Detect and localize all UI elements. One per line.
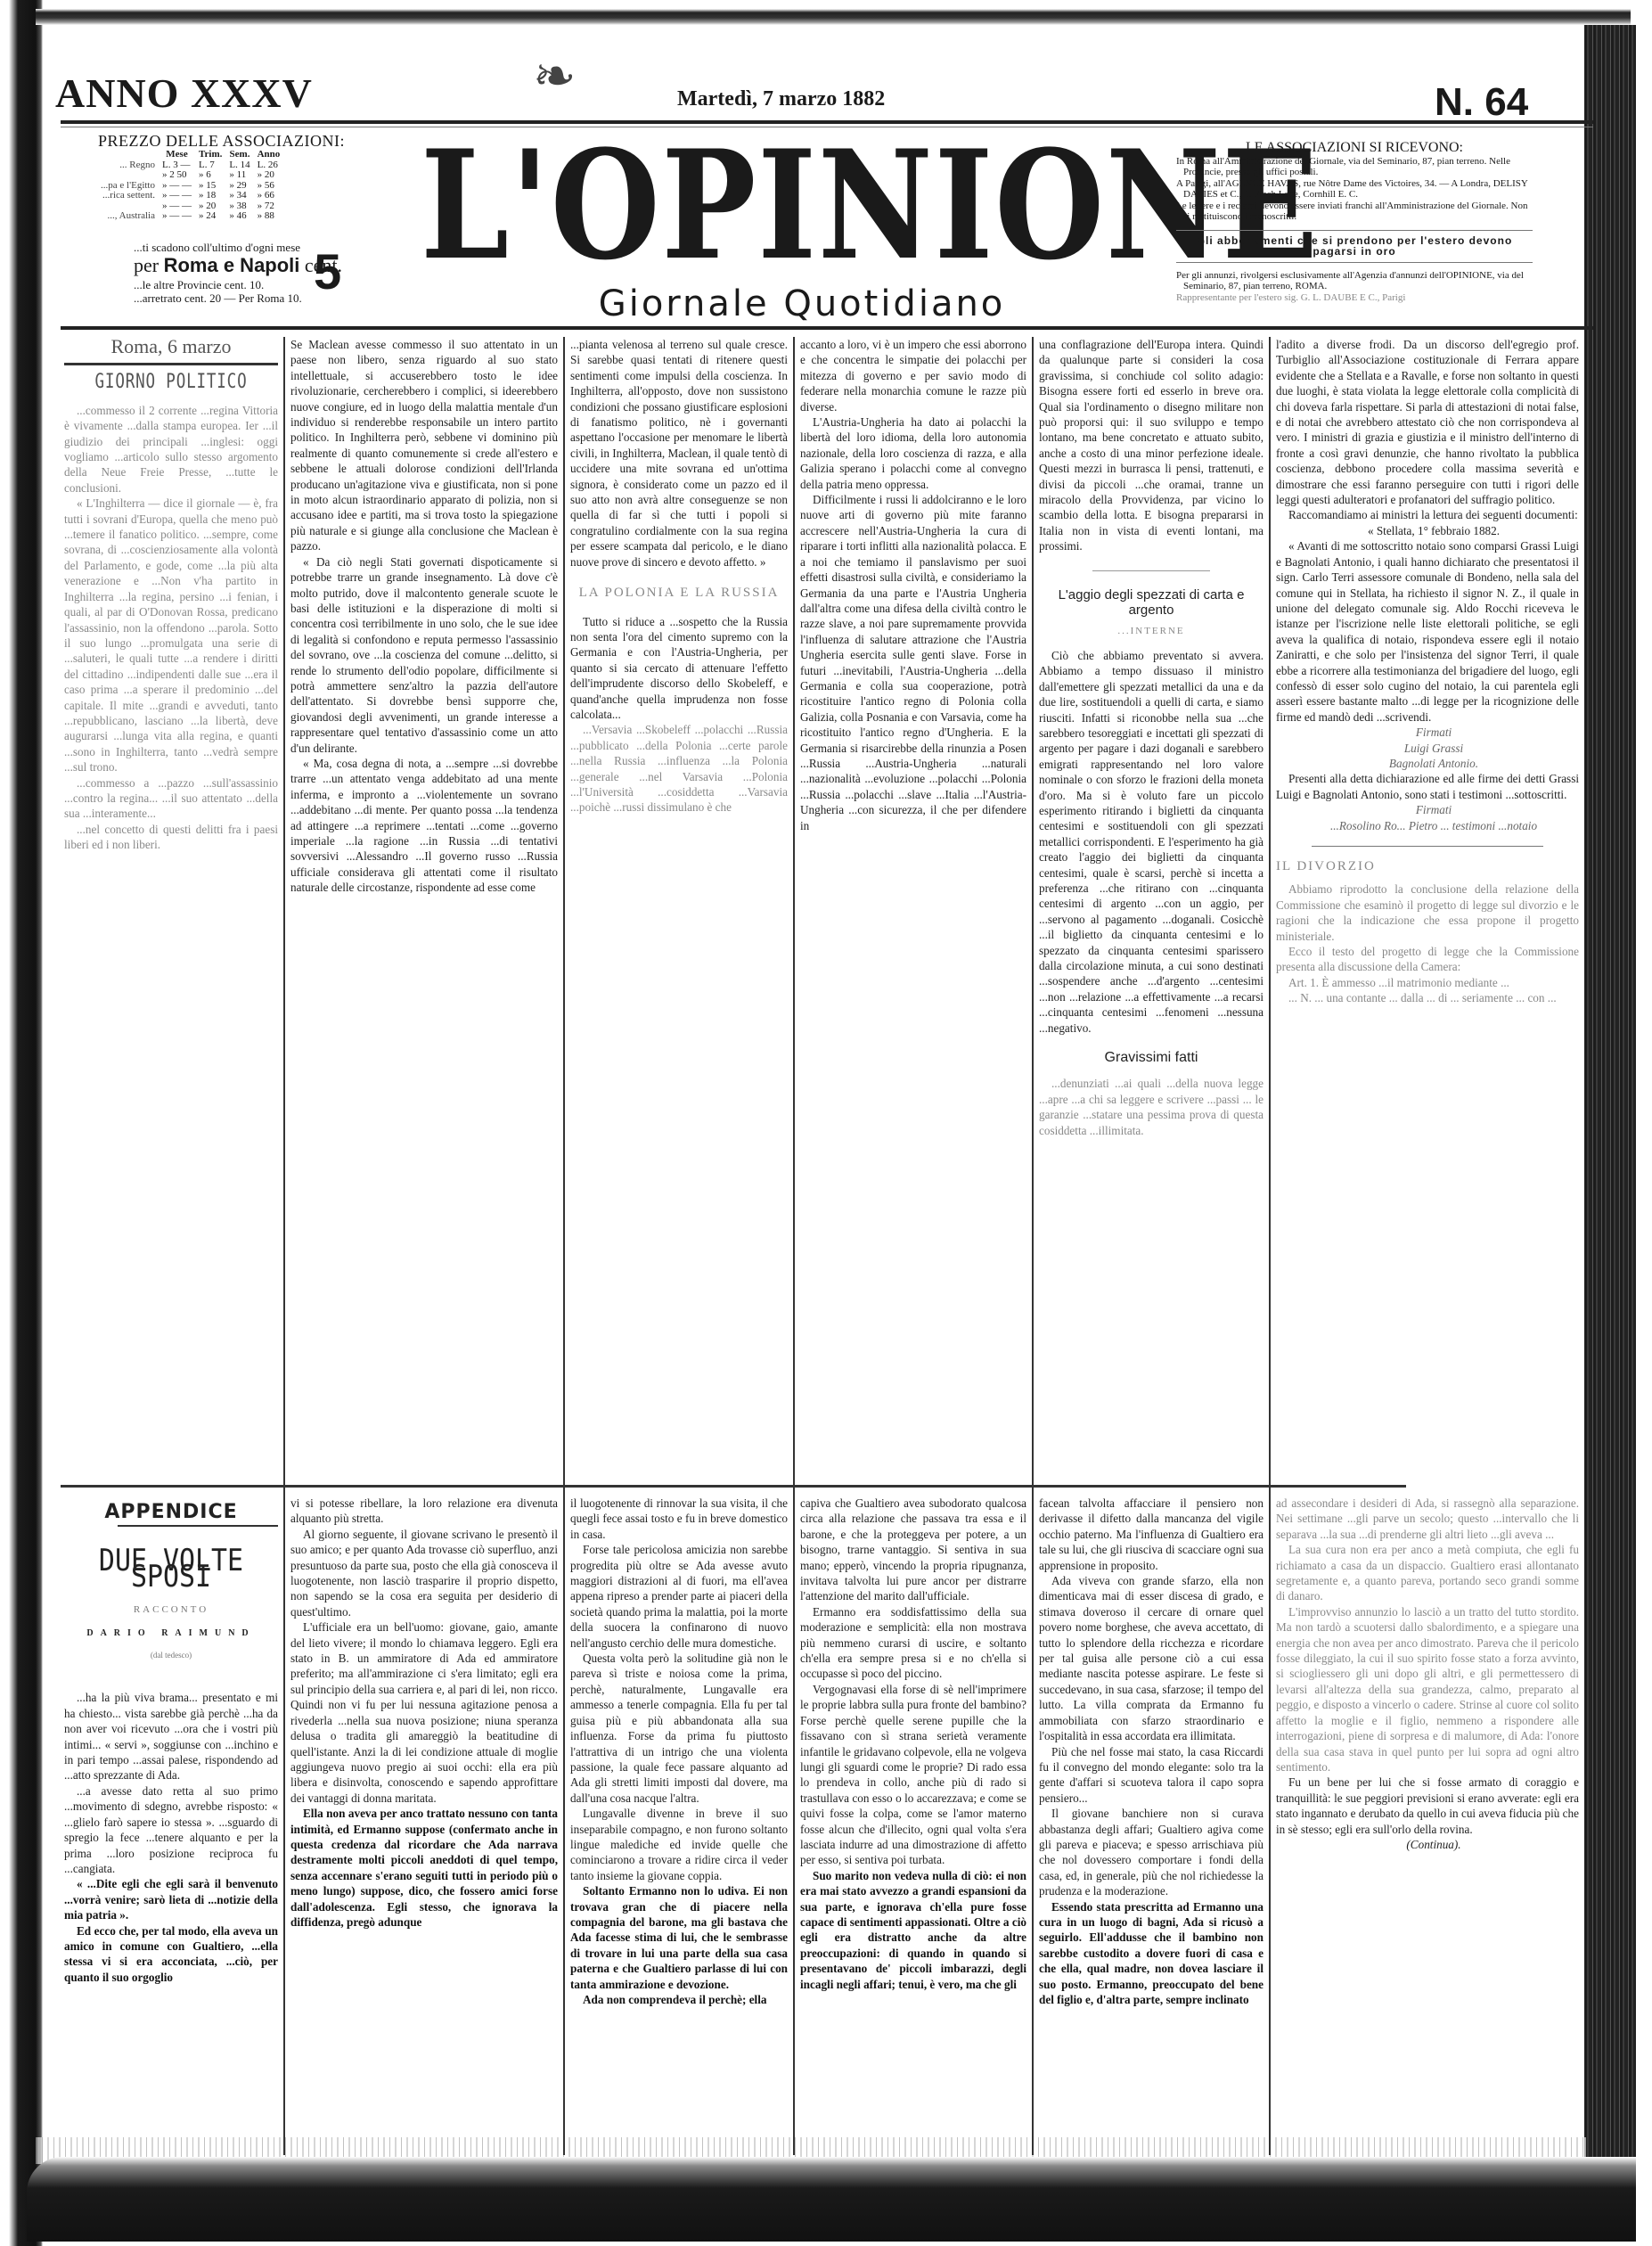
masthead-bottom-rule: [61, 326, 1593, 330]
article-paragraph: Art. 1. È ammesso ...il matrimonio media…: [1276, 975, 1579, 990]
signature: Bagnolati Antonio.: [1276, 756, 1579, 771]
article-column-4: accanto a loro, vi è un impero che essi …: [800, 337, 1026, 1482]
story-paragraph: Lungavalle divenne in breve il suo insep…: [570, 1806, 788, 1883]
price-cell: » — —: [159, 191, 195, 201]
price-cell: » 18: [195, 191, 225, 201]
story-paragraph: facean talvolta affacciare il pensiero n…: [1039, 1496, 1264, 1573]
story-paragraph: capiva che Gualtiero avea subodorato qua…: [800, 1496, 1026, 1604]
story-paragraph: Al giorno seguente, il giovane scrivano …: [290, 1527, 558, 1619]
article-paragraph: Se Maclean avesse commesso il suo attent…: [290, 337, 558, 554]
continuation-note: (Continua).: [1276, 1837, 1579, 1852]
price-cell: » 88: [254, 211, 284, 222]
section-heading-divorzio: IL DIVORZIO: [1276, 859, 1579, 874]
price-heading: PREZZO DELLE ASSOCIAZIONI:: [98, 132, 365, 151]
signature: ...Rosolino Ro... Pietro ... testimoni .…: [1276, 818, 1579, 833]
price-cell: » — —: [159, 211, 195, 222]
subscriptions-info-line: Le lettere e i reclami devono essere inv…: [1176, 201, 1533, 223]
price-cell: » 2 50: [159, 170, 195, 181]
story-paragraph: ad assecondare i desideri di Ada, si ras…: [1276, 1496, 1579, 1542]
article-paragraph: ...denunziati ...ai quali ...della nuova…: [1039, 1076, 1264, 1138]
scan-border-right: [1584, 25, 1636, 2191]
story-paragraph: Ella non aveva per anco trattato nessuno…: [290, 1806, 558, 1930]
price-col-header: Anno: [254, 150, 284, 160]
appendice-column-2: vi si potesse ribellare, la loro relazio…: [290, 1496, 558, 2155]
scan-border-left: [0, 0, 43, 2246]
price-cell: » 11: [225, 170, 253, 181]
article-paragraph: Raccomandiamo ai ministri la lettura dei…: [1276, 507, 1579, 522]
column-divider: [793, 337, 795, 2155]
article-paragraph: Difficilmente i russi li addolciranno e …: [800, 492, 1026, 833]
single-copy-prefix: per: [134, 254, 159, 276]
article-paragraph: accanto a loro, vi è un impero che essi …: [800, 337, 1026, 414]
story-paragraph: Fu un bene per lui che si fosse armato d…: [1276, 1775, 1579, 1837]
price-cell: » 34: [225, 191, 253, 201]
newspaper-title: L'OPINIONE: [421, 134, 1094, 276]
appendice-column-3: il luogotenente di rinnovar la sua visit…: [570, 1496, 788, 2155]
signatures-label: Firmati: [1276, 802, 1579, 817]
article-column-1: Roma, 6 marzo GIORNO POLITICO ...commess…: [64, 337, 278, 1482]
issue-date: Martedì, 7 marzo 1882: [677, 87, 885, 111]
article-paragraph: L'Austria-Ungheria ha dato ai polacchi l…: [800, 414, 1026, 492]
library-stamp-icon: ❧: [533, 36, 568, 118]
foreign-representative: Rappresentante per l'estero sig. G. L. D…: [1176, 292, 1533, 304]
article-paragraph: ... N. ... una contante ... dalla ... di…: [1276, 990, 1579, 1005]
price-col-header: Sem.: [225, 150, 253, 160]
story-paragraph: ...a avesse dato retta al suo primo ...m…: [64, 1783, 278, 1876]
dateline: Roma, 6 marzo: [64, 339, 278, 354]
subscriptions-info-line: In Roma all'Amministrazione del Giornale…: [1176, 156, 1533, 178]
article-paragraph: ...Versavia ...Skobeleff ...polacchi ...…: [570, 722, 788, 815]
price-cell: » 46: [225, 211, 253, 222]
single-copy-cities: Roma e Napoli: [164, 254, 300, 276]
single-copy-price: 5: [314, 242, 341, 300]
province-price-notes: ...le altre Provincie cent. 10. ...arret…: [134, 278, 302, 305]
price-row: ..., Australia» — —» 24» 46» 88: [53, 211, 283, 222]
price-cell: » 66: [254, 191, 284, 201]
article-paragraph: « Ma, cosa degna di nota, a ...sempre ..…: [290, 756, 558, 896]
provinces-note: ...le altre Provincie cent. 10.: [134, 278, 302, 291]
story-genre: RACCONTO: [64, 1603, 278, 1618]
section-subheading: ...INTERNE: [1039, 624, 1264, 639]
gold-payment-notice: Gli abbonamenti che si prendono per l'es…: [1176, 230, 1533, 263]
price-row-label: ... Regno: [53, 160, 159, 171]
section-heading-aggio: L'aggio degli spezzati di carta e argent…: [1039, 587, 1264, 619]
column-divider: [1032, 337, 1034, 2155]
article-column-6: l'adito a diverse frodi. Da un discorso …: [1276, 337, 1579, 1482]
appendice-column-4: capiva che Gualtiero avea subodorato qua…: [800, 1496, 1026, 2155]
story-paragraph: La sua cura non era per anco a metà comp…: [1276, 1542, 1579, 1604]
story-paragraph: vi si potesse ribellare, la loro relazio…: [290, 1496, 558, 1527]
appendice-label: APPENDICE: [64, 1504, 278, 1520]
price-row: » 2 50» 6» 11» 20: [53, 170, 283, 181]
story-paragraph: Ermanno era soddisfattissimo della sua m…: [800, 1604, 1026, 1682]
section-heading-giorno-politico: GIORNO POLITICO: [86, 374, 257, 389]
scan-border-top: [36, 9, 1631, 25]
translation-note: (dal tedesco): [64, 1648, 278, 1663]
section-heading-gravissimi-fatti: Gravissimi fatti: [1039, 1050, 1264, 1065]
article-paragraph: Abbiamo riprodotto la conclusione della …: [1276, 881, 1579, 944]
column-divider: [1269, 337, 1271, 2155]
column-divider: [563, 337, 565, 2155]
scan-border-bottom: [27, 2157, 1636, 2242]
price-rows: ... RegnoL. 3 —L. 7L. 14L. 26» 2 50» 6» …: [53, 160, 283, 222]
ads-note: Per gli annunzi, rivolgersi esclusivamen…: [1176, 270, 1533, 292]
price-cell: » 24: [195, 211, 225, 222]
signatures-label: Firmati: [1276, 725, 1579, 740]
article-paragraph: « L'Inghilterra — dice il giornale — è, …: [64, 496, 278, 775]
document-date: « Stellata, 1° febbraio 1882.: [1276, 523, 1579, 538]
story-paragraph: Ada viveva con grande sfarzo, ella non d…: [1039, 1573, 1264, 1743]
price-col-header: Trim.: [195, 150, 225, 160]
story-paragraph: Ada non comprendeva il perchè; ella: [570, 1992, 788, 2007]
article-paragraph: Ecco il testo del progetto di legge che …: [1276, 944, 1579, 975]
subscriptions-info-heading: LE ASSOCIAZIONI SI RICEVONO:: [1176, 143, 1533, 154]
story-paragraph: Ed ecco che, per tal modo, ella aveva un…: [64, 1923, 278, 1986]
story-paragraph: Il giovane banchiere non si curava abbas…: [1039, 1806, 1264, 1898]
article-rule: [1312, 846, 1543, 847]
article-paragraph: « Da ciò negli Stati governati dispotica…: [290, 554, 558, 756]
subscriptions-info: LE ASSOCIAZIONI SI RICEVONO: In Roma all…: [1176, 143, 1533, 303]
price-cell: » 6: [195, 170, 225, 181]
story-paragraph: « ...Dite egli che egli sarà il benvenut…: [64, 1876, 278, 1922]
story-title: DUE VOLTE SPOSI: [77, 1553, 265, 1585]
story-paragraph: Più che nel fosse mai stato, la casa Ric…: [1039, 1744, 1264, 1807]
story-paragraph: Vergognavasi ella forse di sè nell'impri…: [800, 1682, 1026, 1868]
story-paragraph: Forse tale pericolosa amicizia non sareb…: [570, 1542, 788, 1651]
expiry-note: ...ti scadono coll'ultimo d'ogni mese: [134, 241, 300, 255]
section-rule: [64, 363, 278, 365]
story-author: DARIO RAIMUND: [64, 1626, 278, 1641]
story-paragraph: Suo marito non vedeva nulla di ciò: ei n…: [800, 1868, 1026, 1992]
price-col-header: Mese: [159, 150, 195, 160]
article-paragraph: Presenti alla detta dichiarazione ed all…: [1276, 771, 1579, 802]
article-paragraph: « Avanti di me sottoscritto notaio sono …: [1276, 538, 1579, 725]
article-rule: [1092, 570, 1210, 571]
story-paragraph: Questa volta però la solitudine già non …: [570, 1651, 788, 1806]
price-row-label: [53, 170, 159, 181]
article-paragraph: ...pianta velenosa al terreno sul quale …: [570, 337, 788, 570]
article-paragraph: una conflagrazione dell'Europa intera. Q…: [1039, 337, 1264, 554]
article-paragraph: Ciò che abbiamo preventato si avvera. Ab…: [1039, 648, 1264, 1036]
article-paragraph: Tutto si riduce a ...sospetto che la Rus…: [570, 614, 788, 723]
article-paragraph: ...nel concetto di questi delitti fra i …: [64, 822, 278, 853]
signature: Luigi Grassi: [1276, 741, 1579, 756]
newspaper-subtitle: Giornale Quotidiano: [552, 283, 1051, 324]
price-row-label: ..., Australia: [53, 211, 159, 222]
price-col-blank: [53, 150, 159, 160]
year-label: ANNO XXXV: [55, 70, 313, 117]
story-paragraph: L'ufficiale era un bell'uomo: giovane, g…: [290, 1619, 558, 1806]
article-column-3: ...pianta velenosa al terreno sul quale …: [570, 337, 788, 1482]
section-heading-polonia-russia: LA POLONIA E LA RUSSIA: [570, 586, 788, 601]
article-paragraph: l'adito a diverse frodi. Da un discorso …: [1276, 337, 1579, 507]
story-paragraph: L'improvviso annunzio lo lasciò a un tra…: [1276, 1604, 1579, 1775]
price-cell: » 20: [254, 170, 284, 181]
story-paragraph: Essendo stata prescritta ad Ermanno una …: [1039, 1899, 1264, 2008]
subscription-price-table: Mese Trim. Sem. Anno ... RegnoL. 3 —L. 7…: [53, 150, 283, 222]
article-paragraph: ...commesso a ...pazzo ...sull'assassini…: [64, 775, 278, 822]
appendice-rule: [118, 1525, 278, 1527]
article-column-2: Se Maclean avesse commesso il suo attent…: [290, 337, 558, 1482]
price-row: ...rica settent.» — —» 18» 34» 66: [53, 191, 283, 201]
appendice-column-6: ad assecondare i desideri di Ada, si ras…: [1276, 1496, 1579, 2155]
story-paragraph: Soltanto Ermanno non lo udiva. Ei non tr…: [570, 1883, 788, 1992]
subscriptions-info-line: A Parigi, all'AGENCE HAVAS, rue Nôtre Da…: [1176, 178, 1533, 201]
subscription-price-heading: PREZZO DELLE ASSOCIAZIONI:: [98, 132, 365, 151]
appendice-column-1: APPENDICE DUE VOLTE SPOSI RACCONTO DARIO…: [64, 1496, 278, 2155]
price-row-label: ...rica settent.: [53, 191, 159, 201]
article-column-5: una conflagrazione dell'Europa intera. Q…: [1039, 337, 1264, 1482]
column-divider: [283, 337, 285, 2155]
story-paragraph: il luogotenente di rinnovar la sua visit…: [570, 1496, 788, 1542]
arrears-note: ...arretrato cent. 20 — Per Roma 10.: [134, 291, 302, 305]
story-paragraph: ...ha la più viva brama... presentato e …: [64, 1690, 278, 1783]
single-copy-price-line: per Roma e Napoli cent.: [134, 254, 342, 277]
appendice-column-5: facean talvolta affacciare il pensiero n…: [1039, 1496, 1264, 2155]
issue-number: N. 64: [1435, 80, 1528, 125]
article-paragraph: ...commesso il 2 corrente ...regina Vitt…: [64, 403, 278, 496]
feuilleton-separator: [61, 1485, 1406, 1488]
